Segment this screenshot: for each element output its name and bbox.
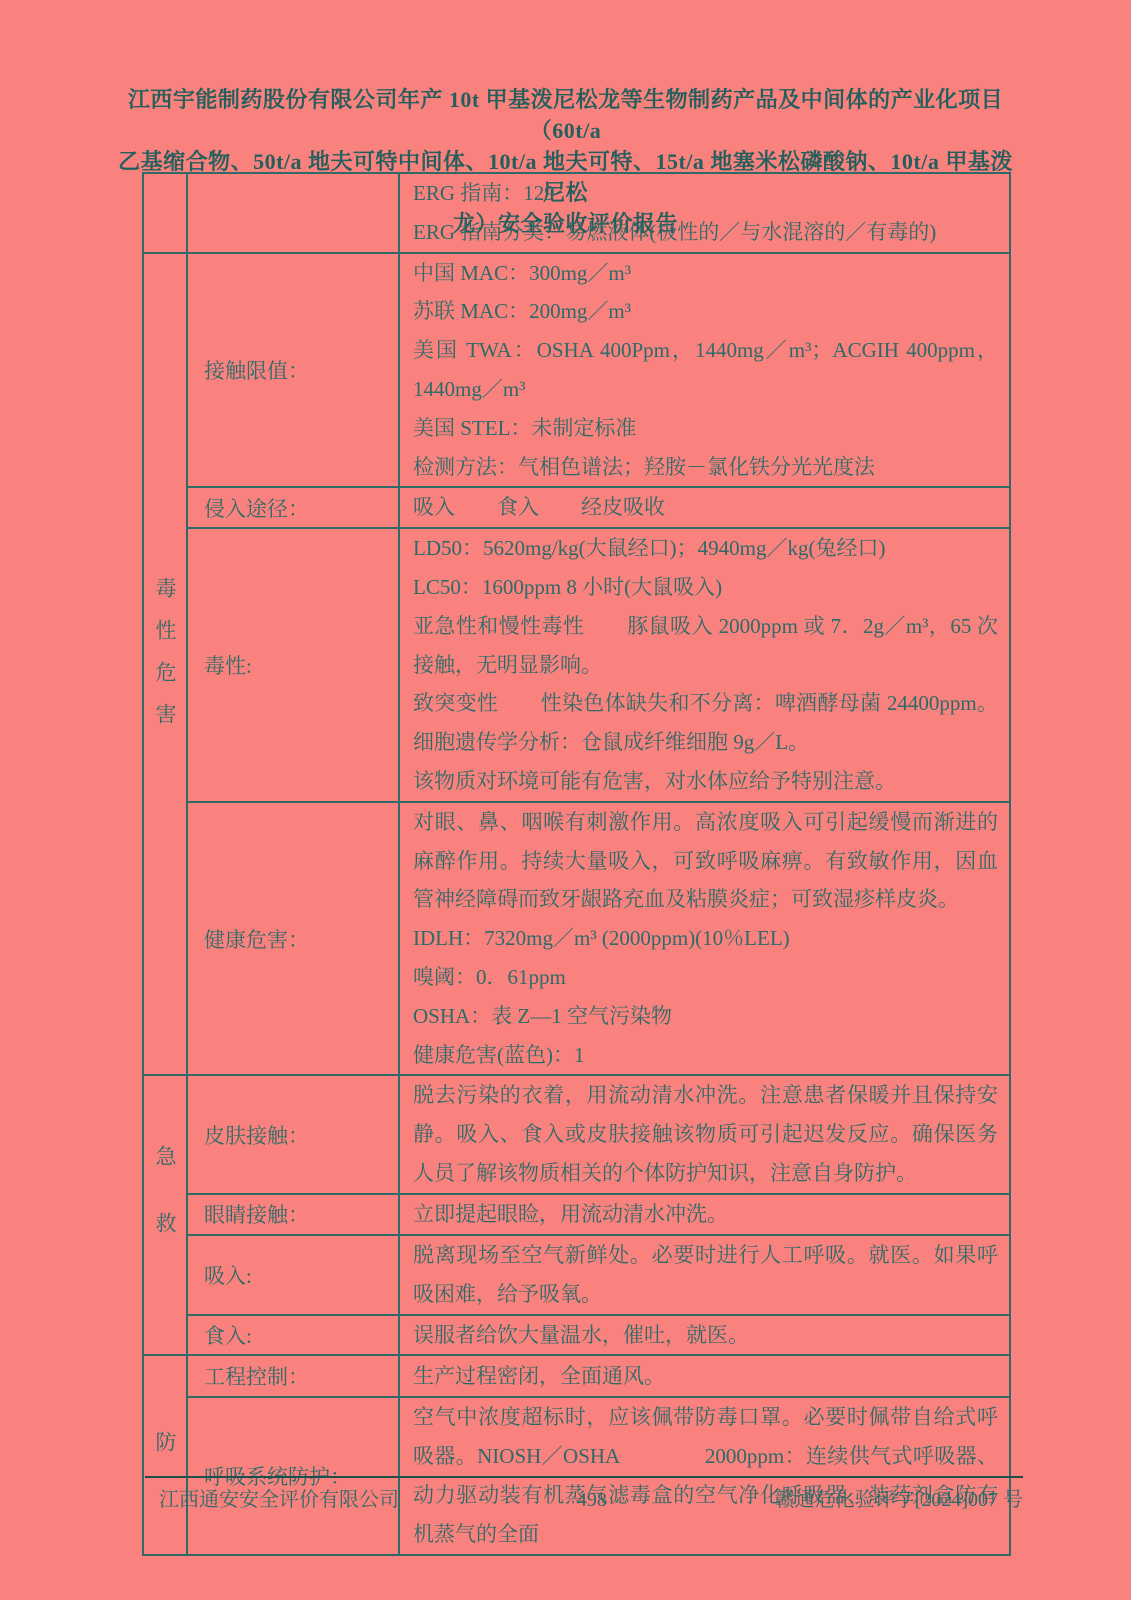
- skin-contact-instructions: 脱去污染的衣着，用流动清水冲洗。注意患者保暖并且保持安静。吸入、食入或皮肤接触该…: [413, 1076, 998, 1192]
- protection-group-cell: 防: [143, 1355, 187, 1554]
- first-aid-group-cell: 急救: [143, 1075, 187, 1355]
- ingestion-instructions: 误服者给饮大量温水，催吐，就医。: [413, 1316, 998, 1355]
- page-footer: 江西通安安全评价有限公司 498 赣通危化验评字[2024]007 号: [145, 1483, 1023, 1512]
- engineering-control-content: 生产过程密闭，全面通风。: [399, 1355, 1010, 1397]
- erg-guide: ERG 指南：129: [413, 174, 998, 213]
- protection-side-label: 防: [150, 1431, 180, 1473]
- row-inhalation: 吸入: 脱离现场至空气新鲜处。必要时进行人工呼吸。就医。如果呼吸困难，给予吸氧。: [143, 1235, 1010, 1315]
- detection-method: 检测方法：气相色谱法；羟胺－氯化铁分光光度法: [413, 448, 998, 487]
- health-hazard-content: 对眼、鼻、咽喉有刺激作用。高浓度吸入可引起缓慢而渐进的麻醉作用。持续大量吸入，可…: [399, 802, 1010, 1076]
- footer-page-number: 498: [567, 1489, 607, 1512]
- erg-side-cell: [143, 173, 187, 253]
- idlh: IDLH：7320mg／m³ (2000ppm)(10％LEL): [413, 919, 998, 958]
- engineering-control-label: 工程控制：: [187, 1355, 399, 1397]
- ingestion-label: 食入:: [187, 1315, 399, 1356]
- entry-route-content: 吸入 食入 经皮吸收: [399, 487, 1010, 528]
- skin-contact-label: 皮肤接触：: [187, 1075, 399, 1193]
- toxicity-label: 毒性:: [187, 528, 399, 802]
- skin-contact-content: 脱去污染的衣着，用流动清水冲洗。注意患者保暖并且保持安静。吸入、食入或皮肤接触该…: [399, 1075, 1010, 1193]
- twa-usa: 美国 TWA：OSHA 400Ppm，1440mg／m³；ACGIH 400pp…: [413, 331, 998, 409]
- exposure-limit-content: 中国 MAC：300mg／m³ 苏联 MAC：200mg／m³ 美国 TWA：O…: [399, 253, 1010, 488]
- inhalation-label: 吸入:: [187, 1235, 399, 1315]
- footer-doc-number: 赣通危化验评字[2024]007 号: [775, 1483, 1023, 1512]
- row-exposure-limit: 毒性危害 接触限值： 中国 MAC：300mg／m³ 苏联 MAC：200mg／…: [143, 253, 1010, 488]
- inhalation-instructions: 脱离现场至空气新鲜处。必要时进行人工呼吸。就医。如果呼吸困难，给予吸氧。: [413, 1236, 998, 1314]
- toxicity-hazard-group-cell: 毒性危害: [143, 253, 187, 1076]
- health-hazard-label: 健康危害：: [187, 802, 399, 1076]
- row-ingestion: 食入: 误服者给饮大量温水，催吐，就医。: [143, 1315, 1010, 1356]
- row-eye-contact: 眼睛接触： 立即提起眼睑，用流动清水冲洗。: [143, 1194, 1010, 1235]
- odor-threshold: 嗅阈：0．61ppm: [413, 958, 998, 997]
- exposure-limit-label: 接触限值：: [187, 253, 399, 488]
- ingestion-content: 误服者给饮大量温水，催吐，就医。: [399, 1315, 1010, 1356]
- row-entry-route: 侵入途径： 吸入 食入 经皮吸收: [143, 487, 1010, 528]
- row-erg: ERG 指南：129 ERG 指南分类：易燃液体(极性的／与水混溶的／有毒的): [143, 173, 1010, 253]
- footer-company: 江西通安安全评价有限公司: [145, 1483, 399, 1512]
- mac-china: 中国 MAC：300mg／m³: [413, 254, 998, 293]
- entry-route-label: 侵入途径：: [187, 487, 399, 528]
- environment-note: 该物质对环境可能有危害，对水体应给予特别注意。: [413, 762, 998, 801]
- inhalation-content: 脱离现场至空气新鲜处。必要时进行人工呼吸。就医。如果呼吸困难，给予吸氧。: [399, 1235, 1010, 1315]
- ld50: LD50：5620mg/kg(大鼠经口)；4940mg／kg(兔经口): [413, 529, 998, 568]
- health-hazard-description: 对眼、鼻、咽喉有刺激作用。高浓度吸入可引起缓慢而渐进的麻醉作用。持续大量吸入，可…: [413, 803, 998, 919]
- footer-rule: [145, 1476, 1023, 1478]
- row-health-hazard: 健康危害： 对眼、鼻、咽喉有刺激作用。高浓度吸入可引起缓慢而渐进的麻醉作用。持续…: [143, 802, 1010, 1076]
- first-aid-side-label: 急救: [150, 1145, 180, 1279]
- erg-label-cell: [187, 173, 399, 253]
- osha-table: OSHA：表 Z—1 空气污染物: [413, 997, 998, 1036]
- mac-ussr: 苏联 MAC：200mg／m³: [413, 292, 998, 331]
- entry-route-values: 吸入 食入 经皮吸收: [413, 488, 998, 527]
- stel-usa: 美国 STEL：未制定标准: [413, 409, 998, 448]
- eye-contact-label: 眼睛接触：: [187, 1194, 399, 1235]
- erg-content-cell: ERG 指南：129 ERG 指南分类：易燃液体(极性的／与水混溶的／有毒的): [399, 173, 1010, 253]
- title-line-1: 江西宇能制药股份有限公司年产 10t 甲基泼尼松龙等生物制药产品及中间体的产业化…: [115, 84, 1016, 146]
- report-page: 江西宇能制药股份有限公司年产 10t 甲基泼尼松龙等生物制药产品及中间体的产业化…: [0, 0, 1131, 1600]
- toxicity-hazard-side-label: 毒性危害: [150, 577, 180, 745]
- lc50: LC50：1600ppm 8 小时(大鼠吸入): [413, 568, 998, 607]
- toxicity-content: LD50：5620mg/kg(大鼠经口)；4940mg／kg(兔经口) LC50…: [399, 528, 1010, 802]
- eye-contact-content: 立即提起眼睑，用流动清水冲洗。: [399, 1194, 1010, 1235]
- row-toxicity: 毒性: LD50：5620mg/kg(大鼠经口)；4940mg／kg(兔经口) …: [143, 528, 1010, 802]
- eye-contact-instructions: 立即提起眼睑，用流动清水冲洗。: [413, 1195, 998, 1234]
- health-hazard-rating: 健康危害(蓝色)：1: [413, 1036, 998, 1075]
- row-skin-contact: 急救 皮肤接触： 脱去污染的衣着，用流动清水冲洗。注意患者保暖并且保持安静。吸入…: [143, 1075, 1010, 1193]
- subacute-chronic-toxicity: 亚急性和慢性毒性 豚鼠吸入 2000ppm 或 7．2g／m³，65 次接触，无…: [413, 607, 998, 685]
- row-engineering-control: 防 工程控制： 生产过程密闭，全面通风。: [143, 1355, 1010, 1397]
- erg-guide-class: ERG 指南分类：易燃液体(极性的／与水混溶的／有毒的): [413, 213, 998, 252]
- hazard-data-table: ERG 指南：129 ERG 指南分类：易燃液体(极性的／与水混溶的／有毒的) …: [142, 172, 1011, 1556]
- mutagenicity: 致突变性 性染色体缺失和不分离：啤酒酵母菌 24400ppm。细胞遗传学分析：仓…: [413, 684, 998, 762]
- engineering-control-instructions: 生产过程密闭，全面通风。: [413, 1357, 998, 1396]
